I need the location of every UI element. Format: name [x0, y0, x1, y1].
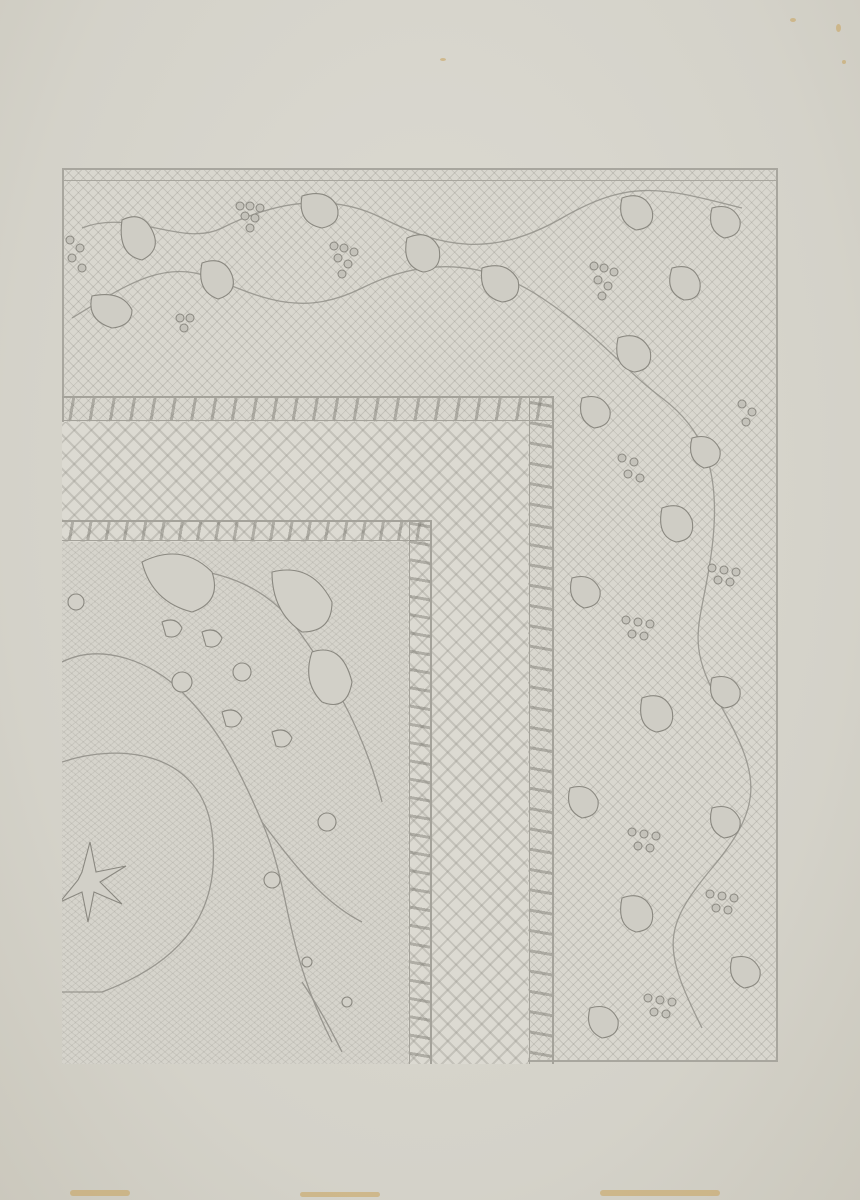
floral-center-motifs — [62, 522, 430, 1064]
foxing-spot — [70, 1190, 130, 1196]
rope-border-right — [529, 398, 552, 1064]
foxing-spot — [440, 58, 446, 61]
foxing-spot — [600, 1190, 720, 1196]
quilt-drawing — [62, 168, 778, 1062]
foxing-spot — [300, 1192, 380, 1197]
rope-border-top — [62, 398, 552, 421]
center-panel — [62, 520, 432, 1064]
foxing-spot — [842, 60, 846, 64]
foxing-spot — [790, 18, 796, 22]
foxing-spot — [836, 24, 841, 32]
